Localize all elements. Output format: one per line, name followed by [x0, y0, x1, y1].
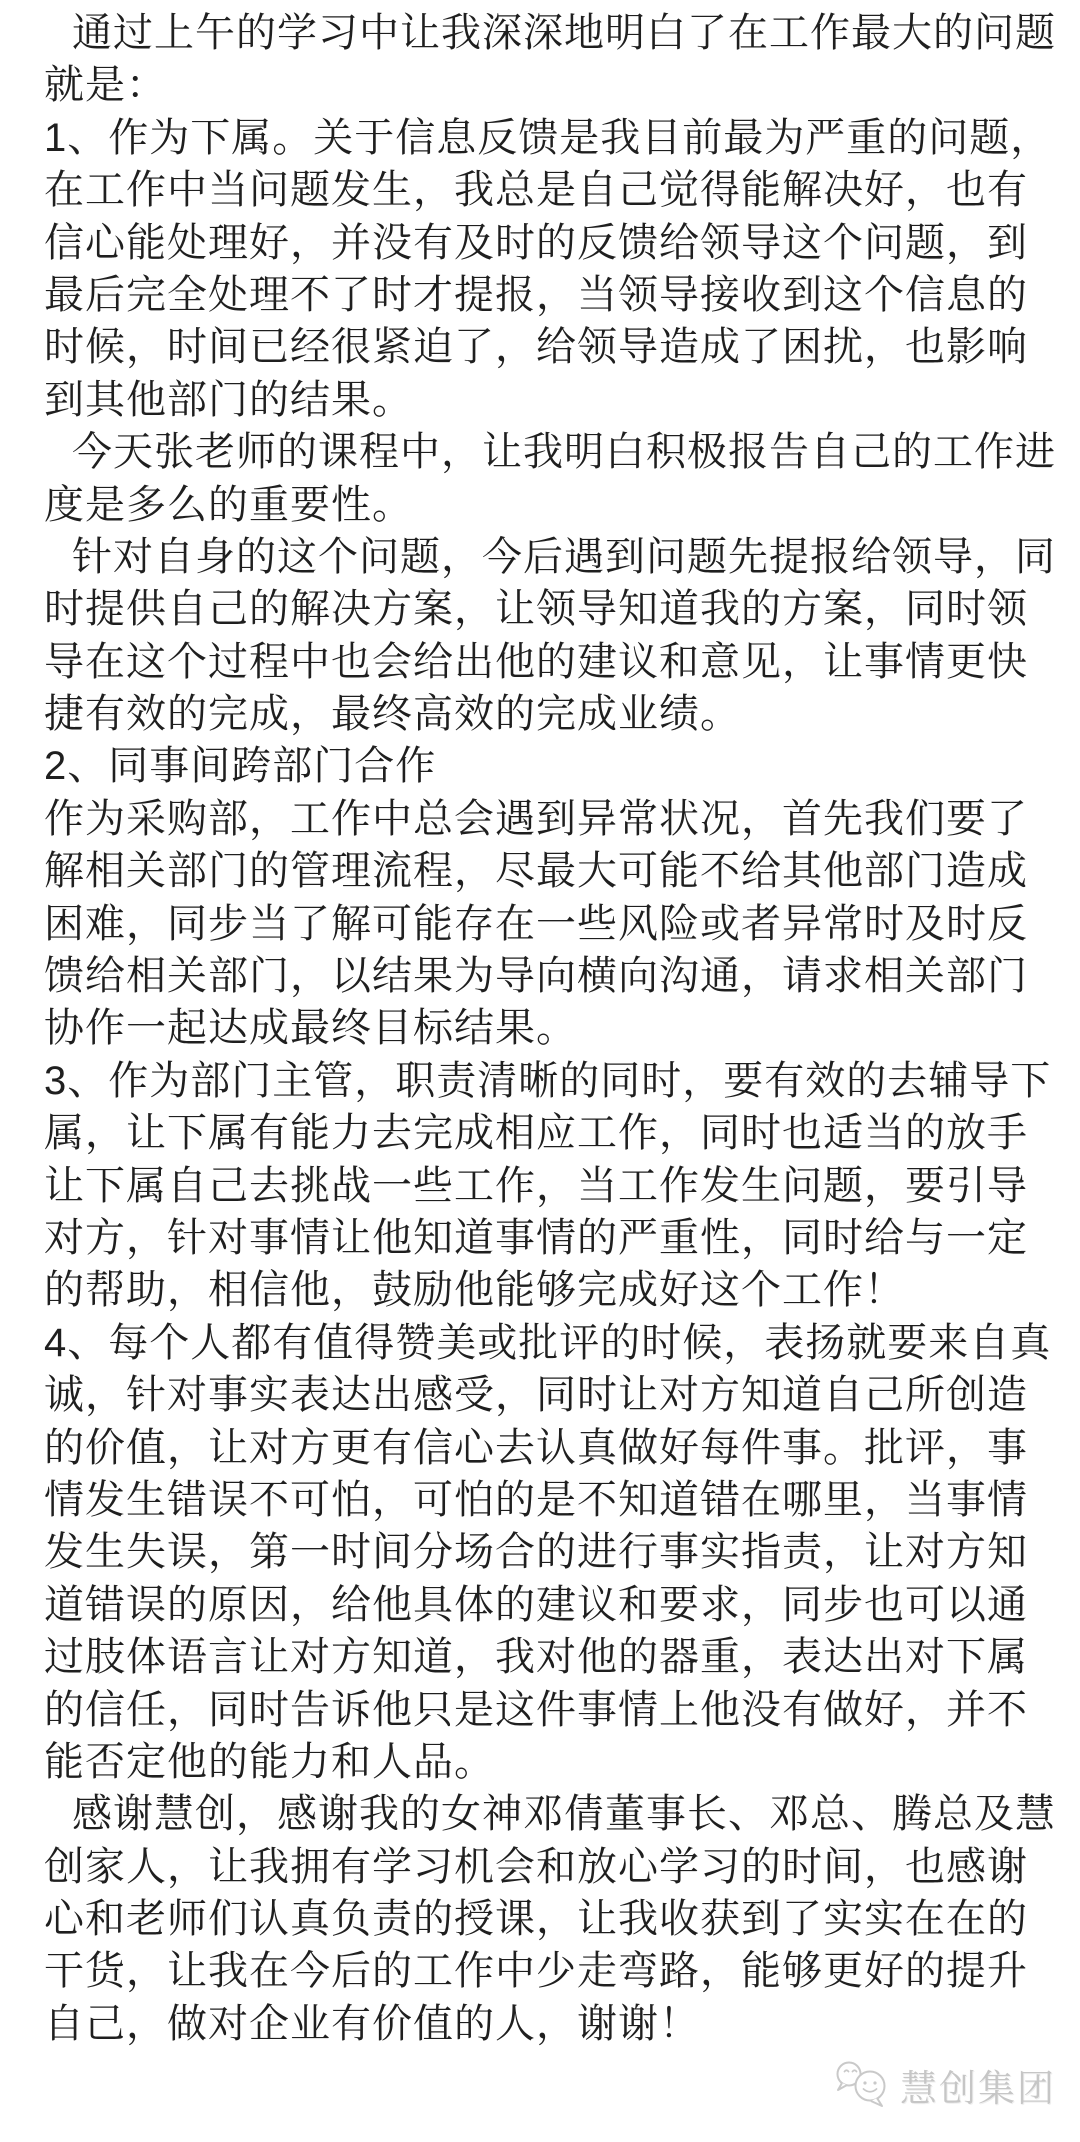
- text-line: 4、每个人都有值得赞美或批评的时候，表扬就要来自真: [44, 1317, 1050, 1369]
- text-line: 到其他部门的结果。: [44, 374, 1050, 426]
- text-line: 属，让下属有能力去完成相应工作，同时也适当的放手: [44, 1107, 1050, 1159]
- text-line: 困难，同步当了解可能存在一些风险或者异常时及时反: [44, 898, 1050, 950]
- text-line: 诚，针对事实表达出感受，同时让对方知道自己所创造: [44, 1369, 1050, 1421]
- text-line: 1、作为下属。关于信息反馈是我目前最为严重的问题，: [44, 112, 1050, 164]
- text-line: 的价值，让对方更有信心去认真做好每件事。批评，事: [44, 1422, 1050, 1474]
- reflection-text: 通过上午的学习中让我深深地明白了在工作最大的问题就是：1、作为下属。关于信息反馈…: [0, 0, 1080, 2050]
- text-line: 自己，做对企业有价值的人，谢谢！: [44, 1998, 1050, 2050]
- text-line: 导在这个过程中也会给出他的建议和意见，让事情更快: [44, 636, 1050, 688]
- text-line: 解相关部门的管理流程，尽最大可能不给其他部门造成: [44, 845, 1050, 897]
- chat-bubbles-icon: [832, 2059, 894, 2111]
- text-line: 在工作中当问题发生，我总是自己觉得能解决好，也有: [44, 164, 1050, 216]
- text-line: 时提供自己的解决方案，让领导知道我的方案，同时领: [44, 583, 1050, 635]
- text-line: 的信任，同时告诉他只是这件事情上他没有做好，并不: [44, 1684, 1050, 1736]
- text-line: 道错误的原因，给他具体的建议和要求，同步也可以通: [44, 1579, 1050, 1631]
- text-line: 作为采购部，工作中总会遇到异常状况，首先我们要了: [44, 793, 1050, 845]
- text-line: 馈给相关部门，以结果为导向横向沟通，请求相关部门: [44, 950, 1050, 1002]
- text-line: 信心能处理好，并没有及时的反馈给领导这个问题，到: [44, 217, 1050, 269]
- text-line: 今天张老师的课程中，让我明白积极报告自己的工作进: [44, 426, 1050, 478]
- text-line: 创家人，让我拥有学习机会和放心学习的时间，也感谢: [44, 1841, 1050, 1893]
- text-line: 对方，针对事情让他知道事情的严重性，同时给与一定: [44, 1212, 1050, 1264]
- text-line: 心和老师们认真负责的授课，让我收获到了实实在在的: [44, 1893, 1050, 1945]
- text-line: 捷有效的完成，最终高效的完成业绩。: [44, 688, 1050, 740]
- brand-name: 慧创集团: [900, 2058, 1056, 2112]
- text-line: 情发生错误不可怕，可怕的是不知道错在哪里，当事情: [44, 1474, 1050, 1526]
- text-line: 感谢慧创，感谢我的女神邓倩董事长、邓总、腾总及慧: [44, 1788, 1050, 1840]
- text-line: 协作一起达成最终目标结果。: [44, 1002, 1050, 1054]
- text-line: 2、同事间跨部门合作: [44, 740, 1050, 792]
- text-line: 度是多么的重要性。: [44, 479, 1050, 531]
- text-line: 的帮助，相信他，鼓励他能够完成好这个工作！: [44, 1264, 1050, 1316]
- footer: 慧创集团: [832, 2058, 1056, 2112]
- text-line: 能否定他的能力和人品。: [44, 1736, 1050, 1788]
- text-line: 3、作为部门主管，职责清晰的同时，要有效的去辅导下: [44, 1055, 1050, 1107]
- text-line: 就是：: [44, 59, 1050, 111]
- text-line: 针对自身的这个问题，今后遇到问题先提报给领导，同: [44, 531, 1050, 583]
- text-line: 最后完全处理不了时才提报，当领导接收到这个信息的: [44, 269, 1050, 321]
- text-line: 过肢体语言让对方知道，我对他的器重，表达出对下属: [44, 1631, 1050, 1683]
- text-line: 发生失误，第一时间分场合的进行事实指责，让对方知: [44, 1526, 1050, 1578]
- text-line: 时候，时间已经很紧迫了，给领导造成了困扰，也影响: [44, 321, 1050, 373]
- text-line: 通过上午的学习中让我深深地明白了在工作最大的问题: [44, 7, 1050, 59]
- text-line: 让下属自己去挑战一些工作，当工作发生问题，要引导: [44, 1160, 1050, 1212]
- text-line: 干货，让我在今后的工作中少走弯路，能够更好的提升: [44, 1945, 1050, 1997]
